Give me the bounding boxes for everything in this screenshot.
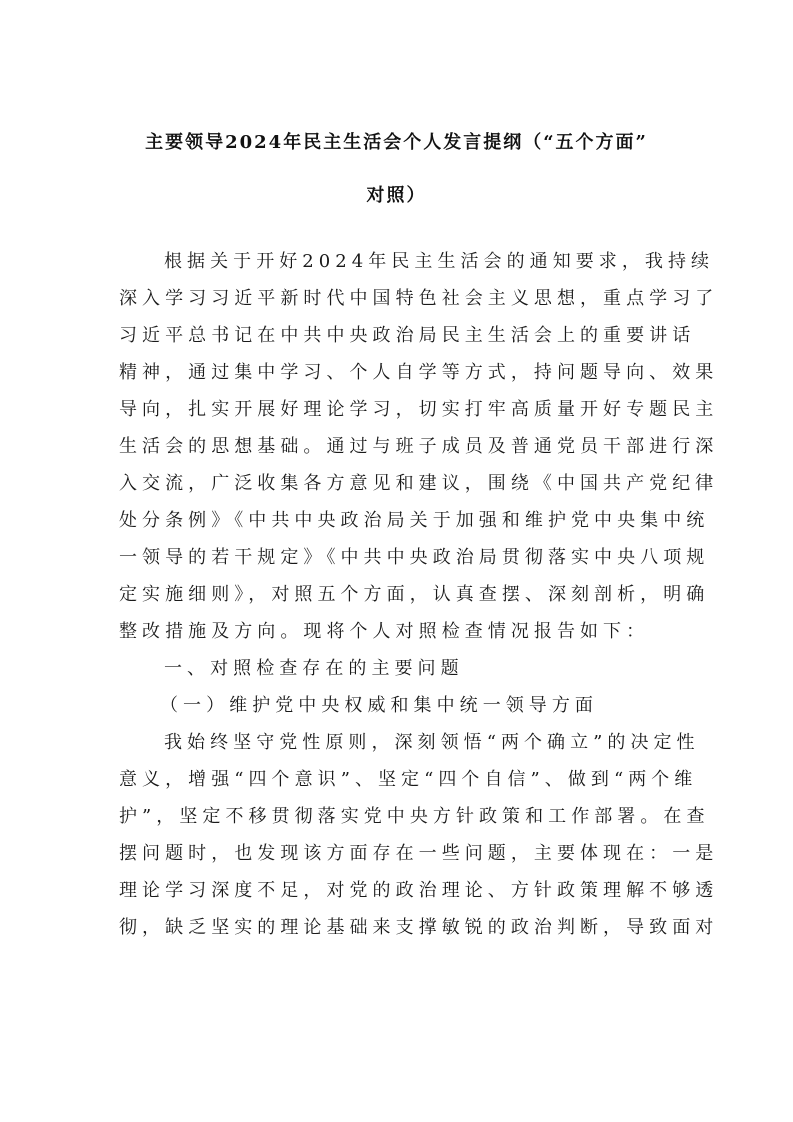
paragraph-line: 一领导的若干规定》《中共中央政治局贯彻落实中央八项规 <box>119 547 679 569</box>
document-title-line-2: 对照） <box>0 181 793 207</box>
paragraph-line: 彻，缺乏坚实的理论基础来支撑敏锐的政治判断，导致面对 <box>119 917 679 939</box>
paragraph-line: 习近平总书记在中共中央政治局民主生活会上的重要讲话 <box>119 325 679 347</box>
paragraph-line: 精神，通过集中学习、个人自学等方式，持问题导向、效果 <box>119 362 679 384</box>
paragraph-line: 理论学习深度不足，对党的政治理论、方针政策理解不够透 <box>119 880 679 902</box>
subsection-heading: （一）维护党中央权威和集中统一领导方面 <box>160 695 720 717</box>
paragraph-line: 意义，增强“四个意识”、坚定“四个自信”、做到“两个维 <box>119 769 679 791</box>
paragraph-line: 导向，扎实开展好理论学习，切实打牢高质量开好专题民主 <box>119 399 679 421</box>
paragraph-line: 定实施细则》，对照五个方面，认真查摆、深刻剖析，明确 <box>119 584 679 606</box>
paragraph-line: 摆问题时，也发现该方面存在一些问题，主要体现在：一是 <box>119 843 679 865</box>
paragraph-line: 生活会的思想基础。通过与班子成员及普通党员干部进行深 <box>119 436 679 458</box>
document-page: 主要领导2024年民主生活会个人发言提纲（“五个方面” 对照） 根据关于开好20… <box>0 0 793 1122</box>
paragraph-line: 入交流，广泛收集各方意见和建议，围绕《中国共产党纪律 <box>119 473 679 495</box>
paragraph-line: 整改措施及方向。现将个人对照检查情况报告如下： <box>119 621 679 643</box>
paragraph-line: 我始终坚守党性原则，深刻领悟“两个确立”的决定性 <box>164 732 724 754</box>
paragraph-line: 处分条例》《中共中央政治局关于加强和维护党中央集中统 <box>119 510 679 532</box>
paragraph-line: 深入学习习近平新时代中国特色社会主义思想，重点学习了 <box>119 288 679 310</box>
section-heading: 一、对照检查存在的主要问题 <box>164 658 724 680</box>
paragraph-line: 根据关于开好2024年民主生活会的通知要求，我持续 <box>164 251 724 273</box>
document-title-line-1: 主要领导2024年民主生活会个人发言提纲（“五个方面” <box>0 128 793 154</box>
paragraph-line: 护”，坚定不移贯彻落实党中央方针政策和工作部署。在查 <box>119 806 679 828</box>
